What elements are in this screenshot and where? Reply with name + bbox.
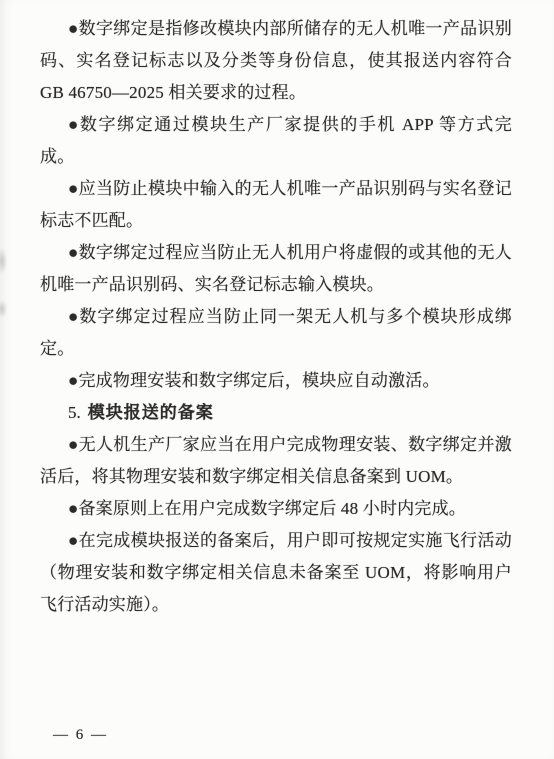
bullet-paragraph-manufacturer-filing: ●无人机生产厂家应当在用户完成物理安装、数字绑定并激活后，将其物理安装和数字绑定… (40, 429, 512, 493)
bullet-paragraph-prevent-mismatch: ●应当防止模块中输入的无人机唯一产品识别码与实名登记标志不匹配。 (40, 173, 512, 237)
bullet-paragraph-flight-after-filing: ●在完成模块报送的备案后，用户即可按规定实施飞行活动（物理安装和数字绑定相关信息… (40, 525, 512, 621)
bullet-paragraph-prevent-multi-module-binding: ●数字绑定过程应当防止同一架无人机与多个模块形成绑定。 (40, 301, 512, 365)
section-heading-number: 5. (68, 403, 81, 422)
document-body: ●数字绑定是指修改模块内部所储存的无人机唯一产品识别码、实名登记标志以及分类等身… (40, 13, 512, 621)
page-number: — 6 — (53, 726, 108, 744)
scan-smudge (0, 248, 7, 274)
section-heading-title: 模块报送的备案 (88, 403, 214, 422)
bullet-paragraph-prevent-false-input: ●数字绑定过程应当防止无人机用户将虚假的或其他的无人机唯一产品识别码、实名登记标… (40, 237, 512, 301)
bullet-paragraph-digital-binding-definition: ●数字绑定是指修改模块内部所储存的无人机唯一产品识别码、实名登记标志以及分类等身… (40, 13, 512, 109)
scan-smudge (0, 300, 7, 318)
bullet-paragraph-filing-48-hours: ●备案原则上在用户完成数字绑定后 48 小时内完成。 (40, 493, 512, 525)
section-heading: 5.模块报送的备案 (40, 397, 512, 429)
bullet-paragraph-auto-activation: ●完成物理安装和数字绑定后，模块应自动激活。 (40, 365, 512, 397)
bullet-paragraph-binding-via-app: ●数字绑定通过模块生产厂家提供的手机 APP 等方式完成。 (40, 109, 512, 173)
document-page: ●数字绑定是指修改模块内部所储存的无人机唯一产品识别码、实名登记标志以及分类等身… (0, 0, 554, 759)
